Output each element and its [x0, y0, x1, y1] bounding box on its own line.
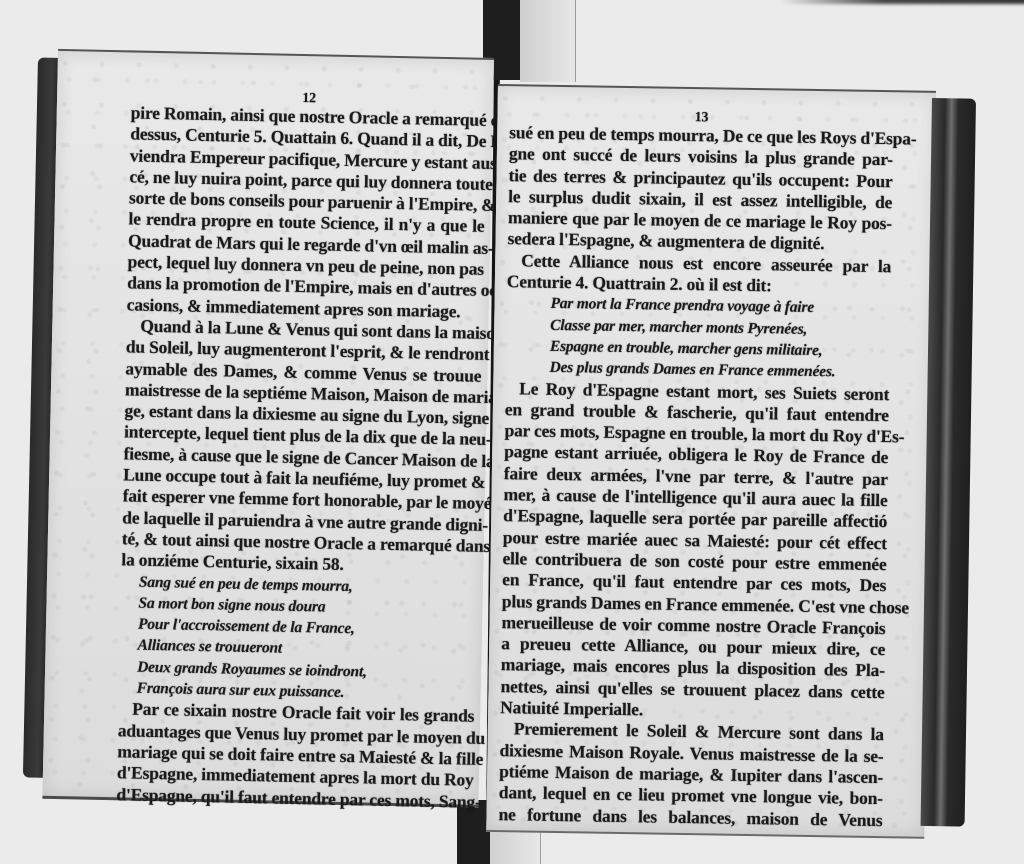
right-page: 13 sué en peu de temps mourra, De ce que…	[486, 84, 936, 839]
book-spread: 12 pire Romain, ainsi que nostre Oracle …	[0, 0, 1024, 864]
left-body: pire Romain, ainsi que nostre Oracle a r…	[121, 102, 487, 578]
right-page-text: 13 sué en peu de temps mourra, De ce que…	[498, 108, 893, 831]
left-verse: Sang sué en peu de temps mourra,Sa mort …	[119, 571, 478, 706]
right-body-bottom: Le Roy d'Espagne estant mort, ses Suiets…	[498, 378, 889, 831]
left-page-text: 12 pire Romain, ainsi que nostre Oracle …	[116, 88, 487, 812]
left-closing-paragraph: Par ce sixain nostre Oracle fait voir le…	[116, 699, 474, 813]
right-body-top: sué en peu de temps mourra, De ce que le…	[507, 122, 894, 298]
left-page: 12 pire Romain, ainsi que nostre Oracle …	[42, 49, 494, 808]
right-verse: Par mort la France prendra voyage à fair…	[505, 293, 890, 384]
